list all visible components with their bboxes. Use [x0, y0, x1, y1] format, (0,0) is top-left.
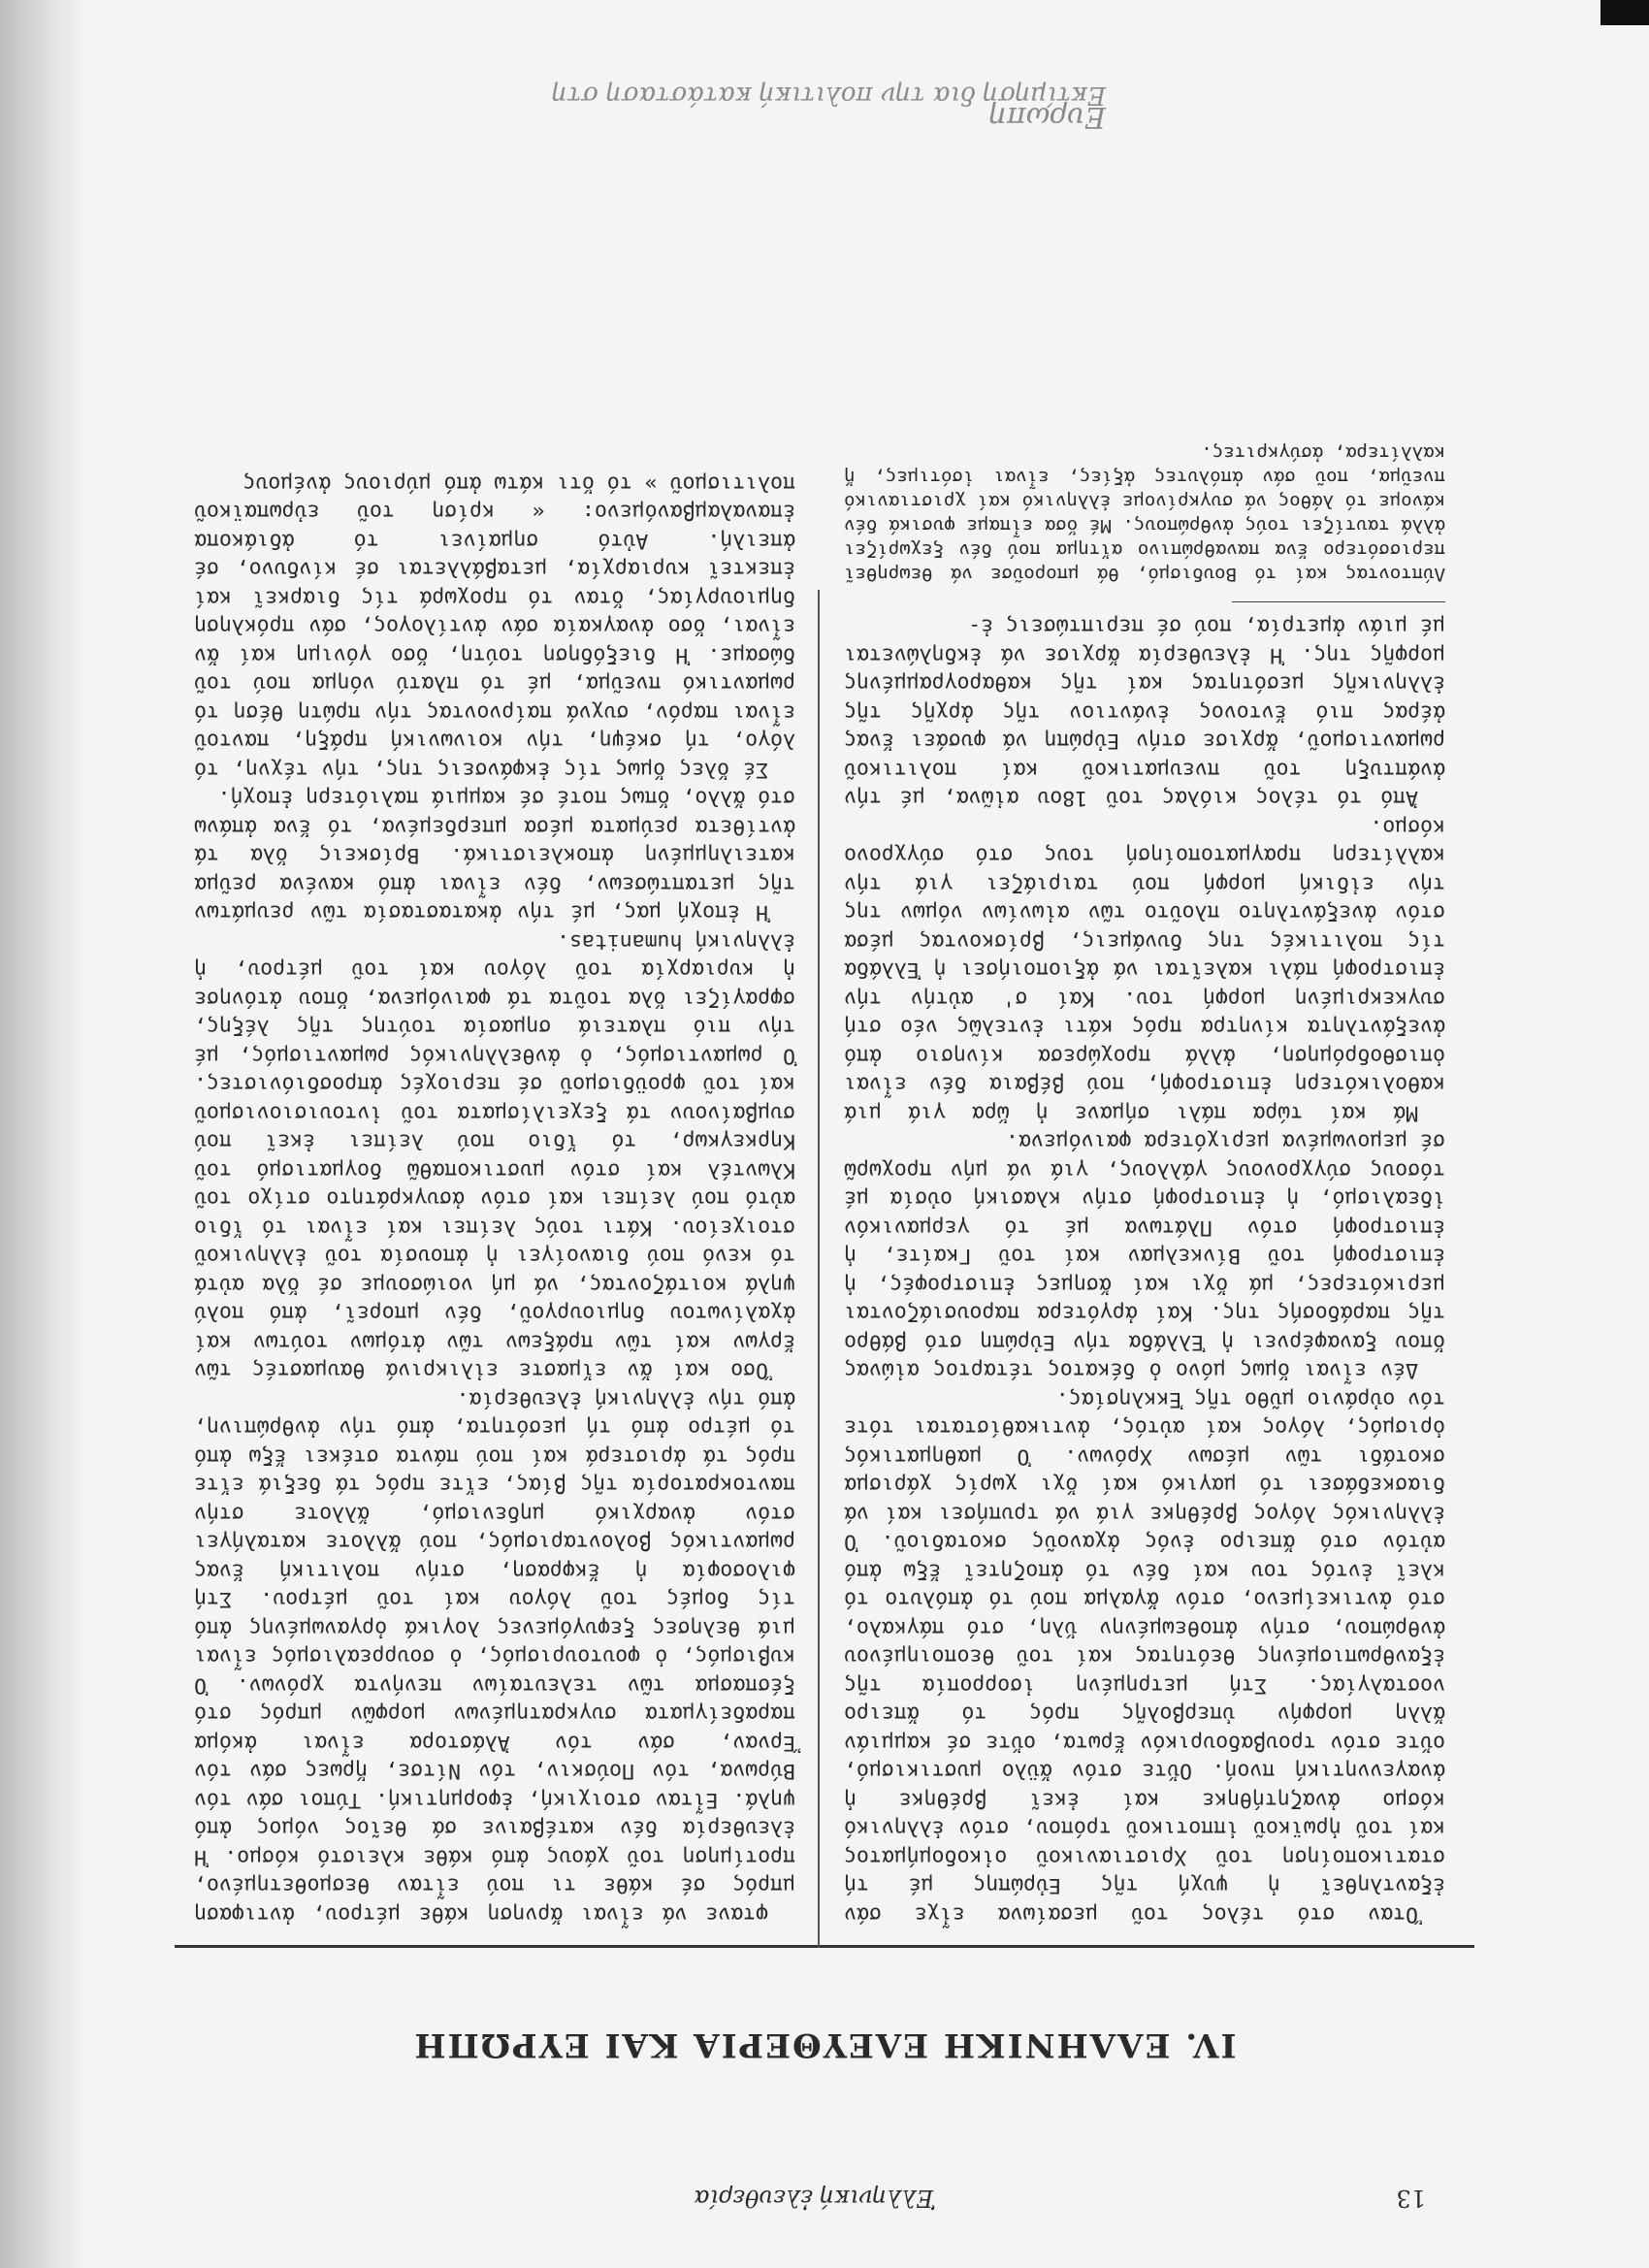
left-column: Ὅταν στό τέλος τοῦ μεσαίωνα εἶχε σάν ἐξα…: [844, 440, 1445, 1928]
paragraph: Μά καί τώρα πάλι σήμανε ἡ ὥρα γιά μιά κα…: [844, 813, 1445, 1128]
paragraph: Ἀπό τό τέλος κιόλας τοῦ 18ου αἰῶνα, μέ τ…: [844, 612, 1445, 813]
chapter-title: IV. ΕΛΛΗΝΙΚΗ ΕΛΕΥΘΕΡΙΑ ΚΑΙ ΕΥΡΩΠΗ: [194, 2025, 1455, 2064]
right-column: φτανε νά εἶναι ἄρνηση κάθε μέτρου, ἀντιφ…: [194, 470, 795, 1929]
running-title: Ἑλληνική ἐλευθερία: [204, 2185, 1426, 2212]
paragraph: φτανε νά εἶναι ἄρνηση κάθε μέτρου, ἀντιφ…: [194, 1385, 795, 1929]
footnote-rule: [1232, 601, 1445, 602]
paragraph: Ὅσο καί ἄν εἴμαστε εἰλικρινά θαυμαστές τ…: [194, 927, 795, 1385]
paragraph: Ἡ ἐποχή μας, μέ τήν ἀκαταστασία τῶν ρευμ…: [194, 784, 795, 927]
footnote: Λύπτοντας καί τό Βουδισμό, θά μποροῦσε ν…: [844, 440, 1445, 586]
scanned-page: 13 Ἑλληνική ἐλευθερία IV. ΕΛΛΗΝΙΚΗ ΕΛΕΥΘ…: [0, 0, 1649, 2268]
running-header: 13 Ἑλληνική ἐλευθερία: [204, 2173, 1426, 2212]
paragraph: Σέ ὅλες ὅμως τίς ἐκφάνσεις της, τήν τέχν…: [194, 470, 795, 785]
handwritten-annotation: Εκτίμηση δια την πολιτική κατάσταση στη: [552, 81, 1106, 110]
column-divider: [818, 590, 820, 1948]
paragraph: Ὅταν στό τέλος τοῦ μεσαίωνα εἶχε σάν ἐξα…: [844, 1385, 1445, 1929]
paragraph: Δέν εἶναι ὅμως μόνο ὁ δέκατος τέταρτος α…: [844, 1127, 1445, 1385]
title-rule: [175, 1945, 1474, 1948]
